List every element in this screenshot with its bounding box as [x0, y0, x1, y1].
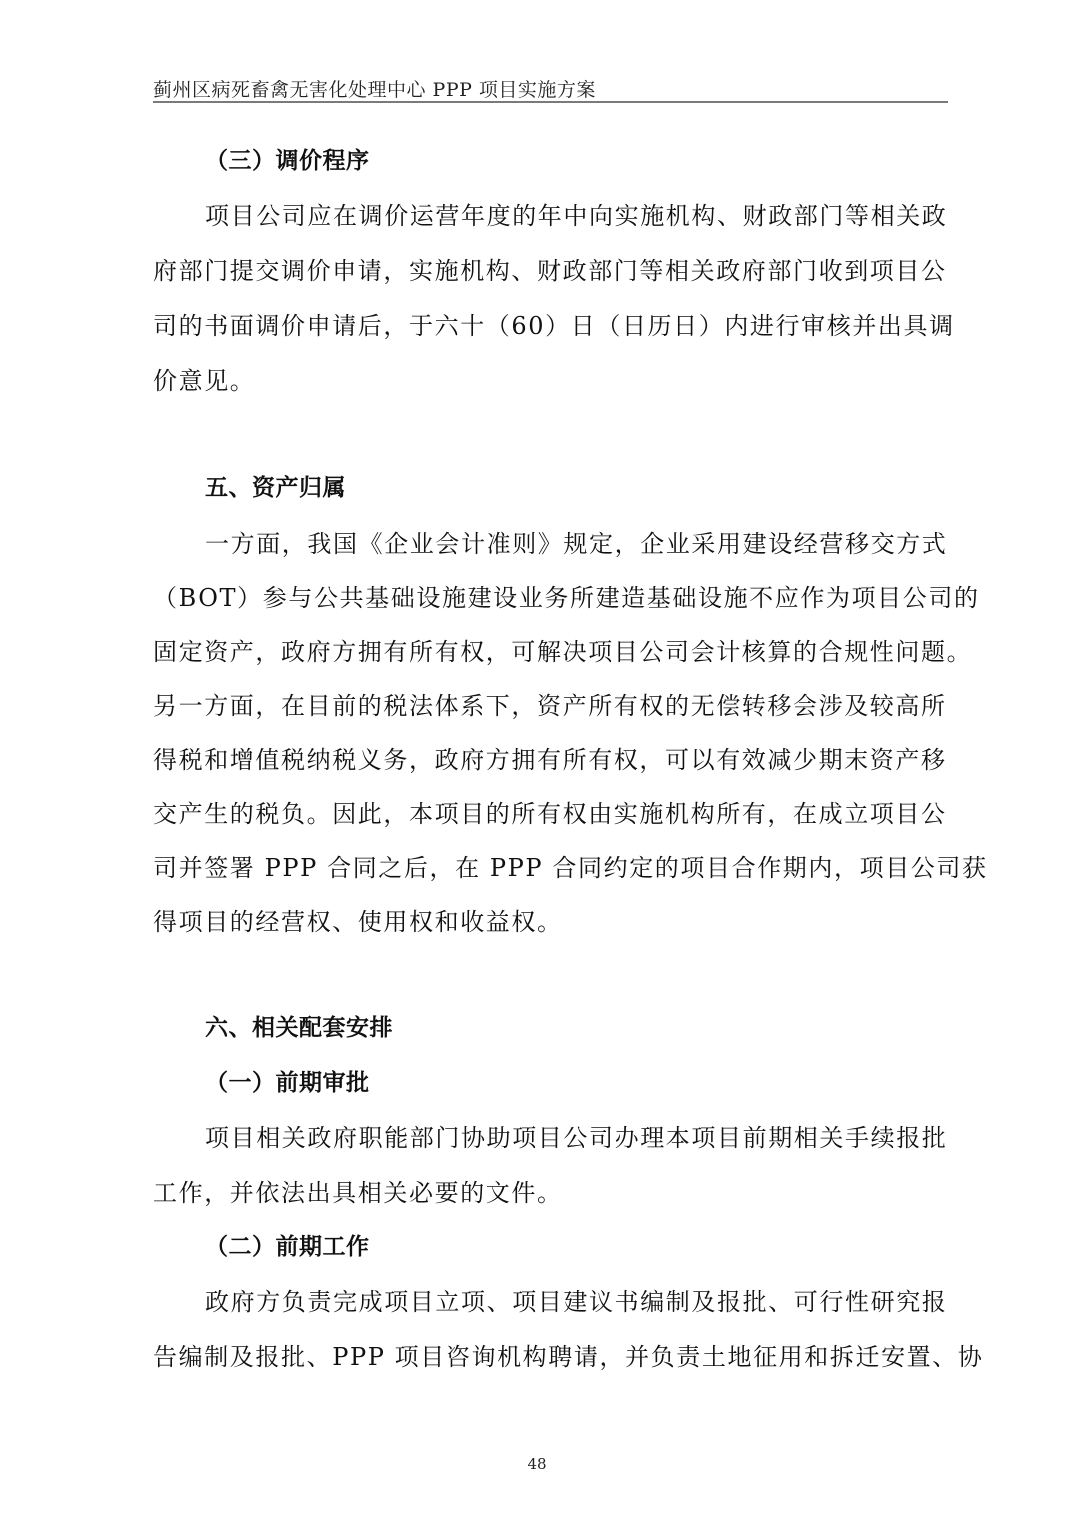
running-header: 蓟州区病死畜禽无害化处理中心 PPP 项目实施方案: [153, 78, 948, 102]
paragraph-line: 告编制及报批、PPP 项目咨询机构聘请，并负责土地征用和拆迁安置、协: [153, 1342, 948, 1372]
subsection-heading-preliminary-work: （二）前期工作: [205, 1232, 1000, 1262]
section-heading-supporting-arrangements: 六、相关配套安排: [205, 1013, 1000, 1043]
paragraph-line: 政府方负责完成项目立项、项目建议书编制及报批、可行性研究报: [205, 1287, 948, 1317]
paragraph-line: 工作，并依法出具相关必要的文件。: [153, 1178, 948, 1208]
paragraph-line: 得项目的经营权、使用权和收益权。: [153, 907, 948, 937]
section-heading-asset-ownership: 五、资产归属: [205, 473, 1000, 503]
paragraph-line: 得税和增值税纳税义务，政府方拥有所有权，可以有效减少期末资产移: [153, 745, 948, 775]
paragraph-line: 府部门提交调价申请，实施机构、财政部门等相关政府部门收到项目公: [153, 256, 948, 286]
paragraph-line: 固定资产，政府方拥有所有权，可解决项目公司会计核算的合规性问题。: [153, 637, 948, 667]
paragraph-line: 另一方面，在目前的税法体系下，资产所有权的无偿转移会涉及较高所: [153, 691, 948, 721]
paragraph-line: 交产生的税负。因此，本项目的所有权由实施机构所有，在成立项目公: [153, 799, 948, 829]
paragraph-line: 项目相关政府职能部门协助项目公司办理本项目前期相关手续报批: [205, 1123, 948, 1153]
paragraph-line: 价意见。: [153, 366, 948, 396]
paragraph-line: （BOT）参与公共基础设施建设业务所建造基础设施不应作为项目公司的: [153, 583, 948, 613]
paragraph-line: 司并签署 PPP 合同之后，在 PPP 合同约定的项目合作期内，项目公司获: [153, 853, 948, 883]
header-divider: [153, 101, 948, 103]
paragraph-line: 一方面，我国《企业会计准则》规定，企业采用建设经营移交方式: [205, 529, 948, 559]
page-number: 48: [0, 1455, 1074, 1473]
paragraph-line: 项目公司应在调价运营年度的年中向实施机构、财政部门等相关政: [205, 201, 948, 231]
subsection-heading-preliminary-approval: （一）前期审批: [205, 1068, 1000, 1098]
section-heading-price-adjustment: （三）调价程序: [205, 146, 1000, 176]
paragraph-line: 司的书面调价申请后，于六十（60）日（日历日）内进行审核并出具调: [153, 311, 948, 341]
